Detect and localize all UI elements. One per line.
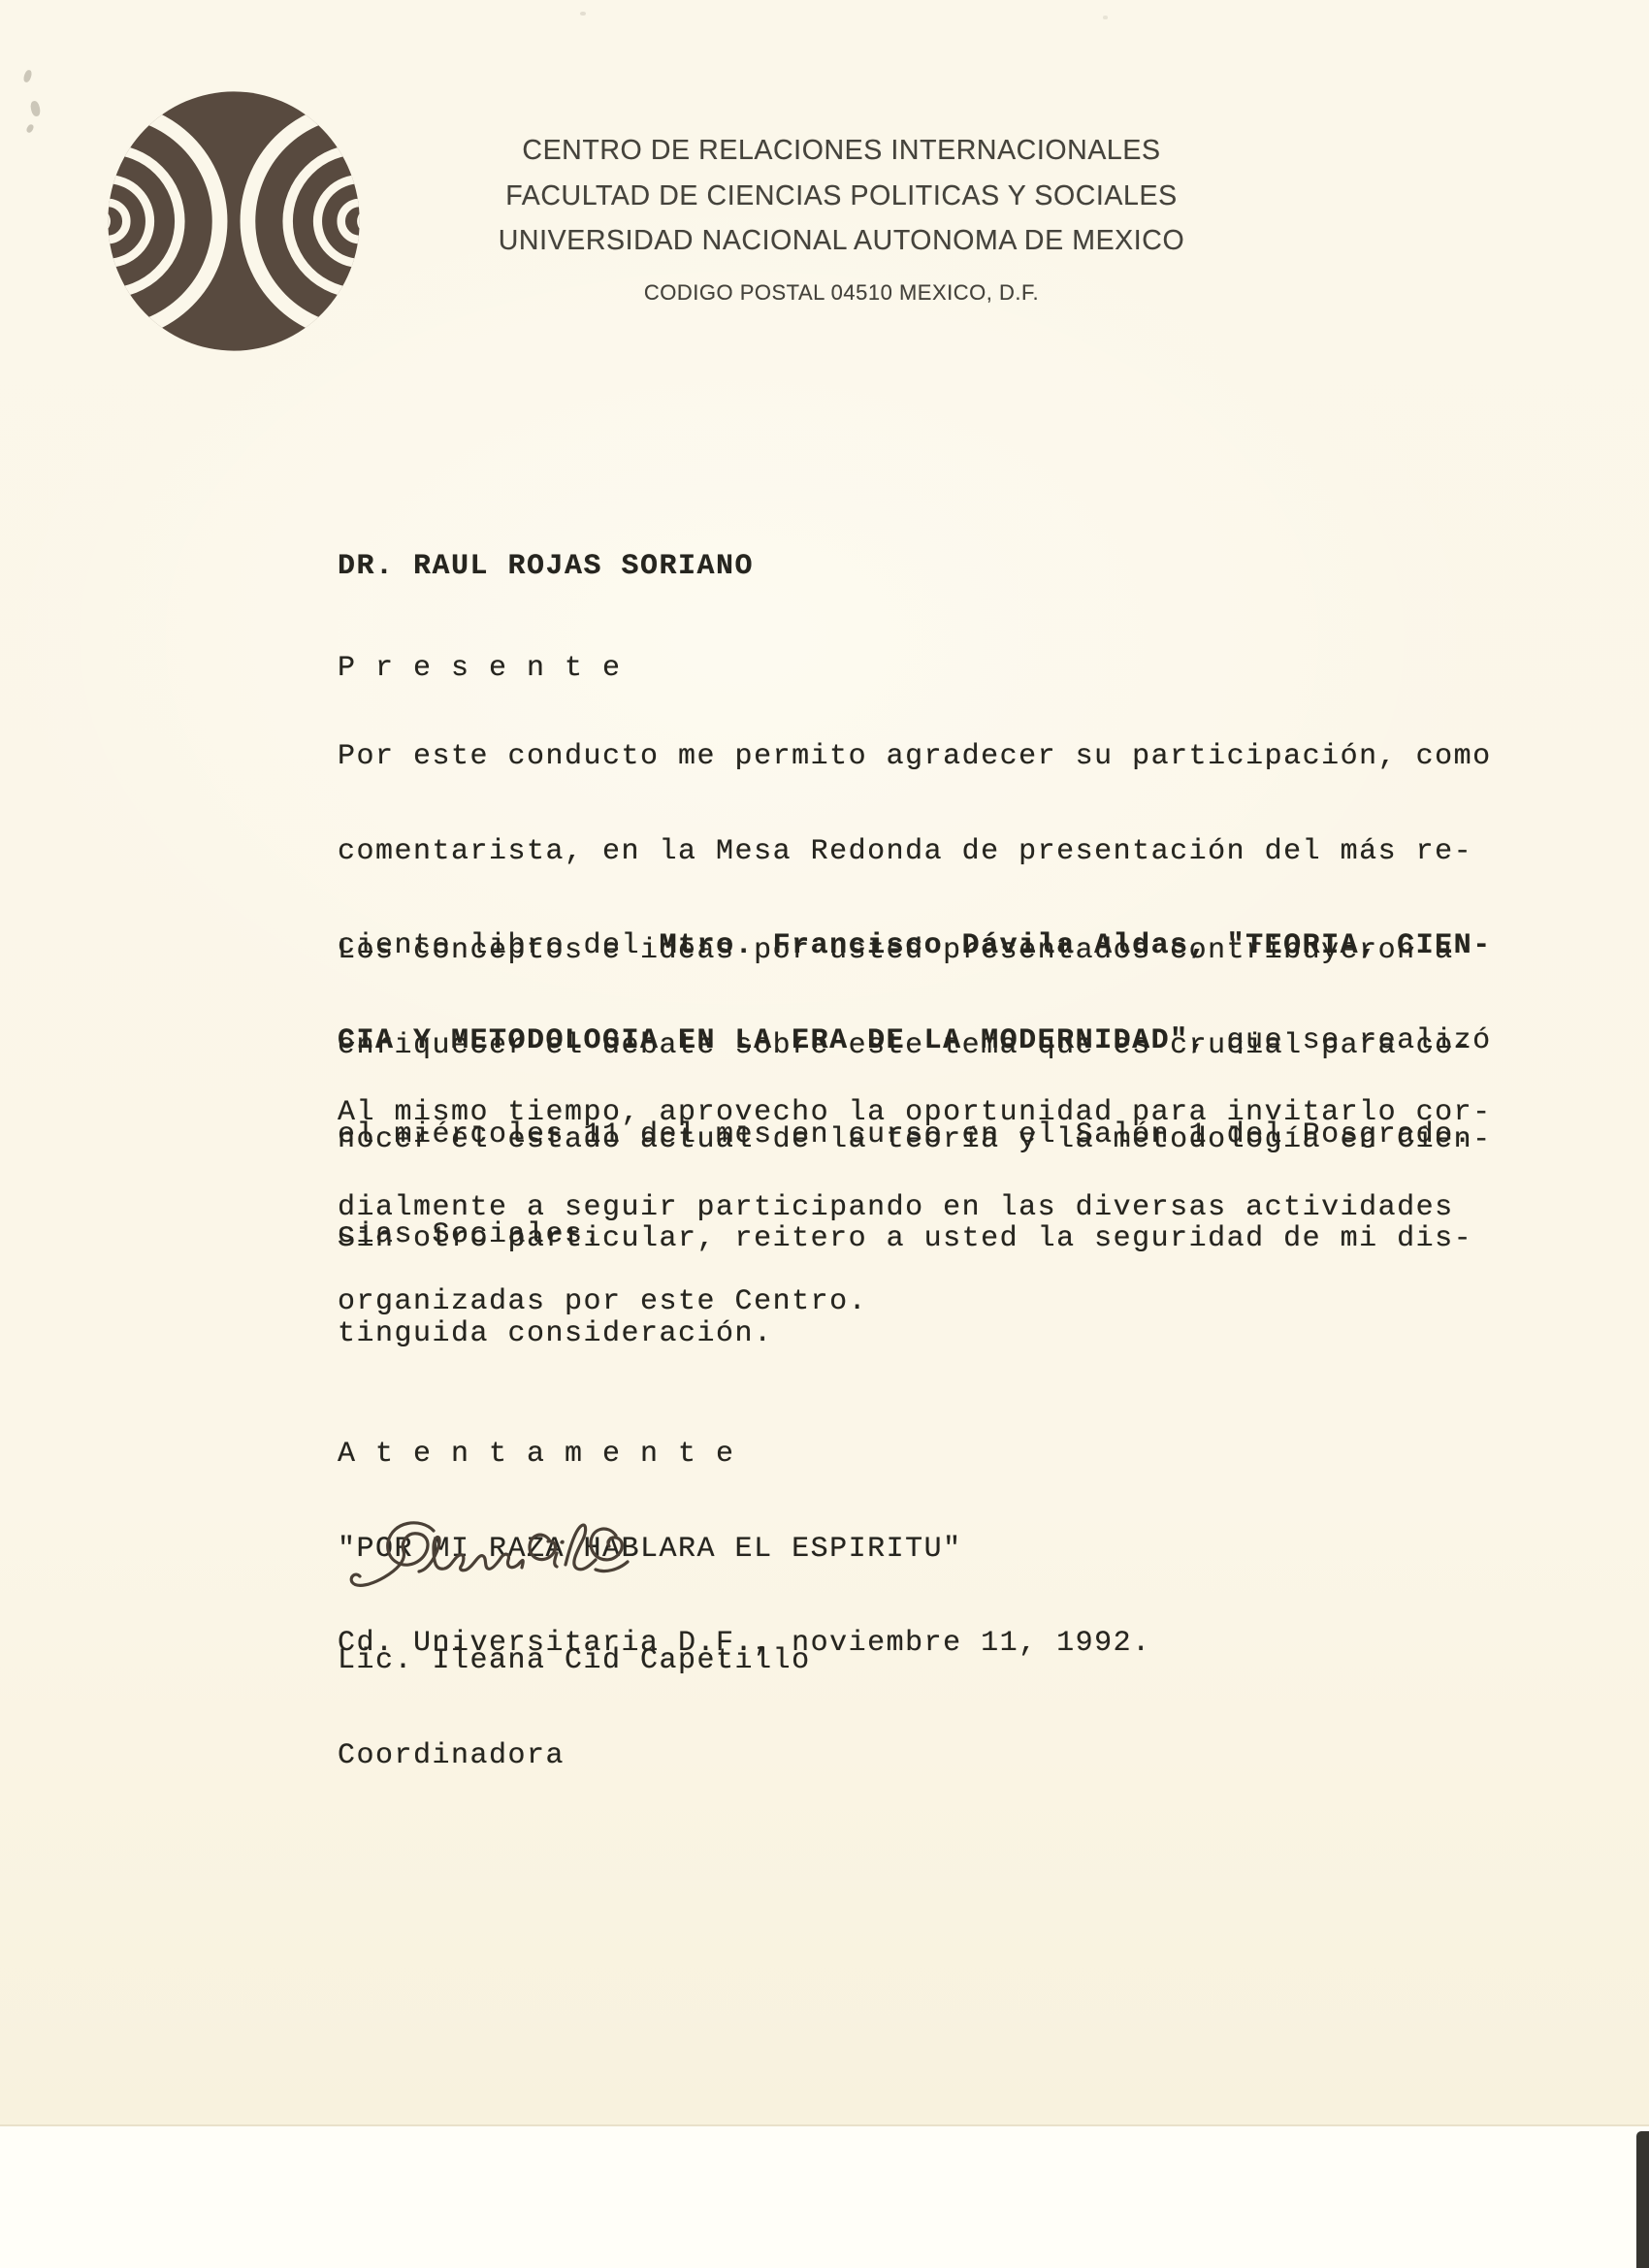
scan-speck (580, 12, 586, 16)
signer-title: Coordinadora (338, 1740, 811, 1772)
body-line: Por este conducto me permito agradecer s… (338, 741, 1492, 773)
letterhead-line-3: UNIVERSIDAD NACIONAL AUTONOMA DE MEXICO (432, 225, 1251, 257)
signer-block: Lic. Ileana Cid Capetillo Coordinadora (338, 1582, 811, 1834)
valediction: A t e n t a m e n t e (338, 1439, 1151, 1471)
body-line: tinguida consideración. (338, 1318, 1472, 1350)
body-line: Los conceptos e ideas por usted presenta… (338, 935, 1492, 967)
recipient-name: DR. RAUL ROJAS SORIANO (338, 550, 754, 584)
body-paragraph-4: Sin otro particular, reitero a usted la … (338, 1160, 1472, 1412)
scan-edge-artifact (1636, 2131, 1649, 2268)
signer-name: Lic. Ileana Cid Capetillo (338, 1645, 811, 1677)
body-line: Al mismo tiempo, aprovecho la oportunida… (338, 1097, 1492, 1129)
body-line: comentarista, en la Mesa Redonda de pres… (338, 836, 1492, 868)
letterhead-postal-line: CODIGO POSTAL 04510 MEXICO, D.F. (432, 280, 1251, 306)
unam-cri-logo (107, 89, 361, 353)
letterhead-line-2: FACULTAD DE CIENCIAS POLITICAS Y SOCIALE… (432, 180, 1251, 212)
body-line: Sin otro particular, reitero a usted la … (338, 1223, 1472, 1255)
letterhead-line-1: CENTRO DE RELACIONES INTERNACIONALES (432, 135, 1251, 167)
scan-speck (1103, 16, 1108, 19)
scanner-background (0, 2126, 1649, 2268)
scanned-letter-page: CENTRO DE RELACIONES INTERNACIONALES FAC… (0, 0, 1649, 2268)
